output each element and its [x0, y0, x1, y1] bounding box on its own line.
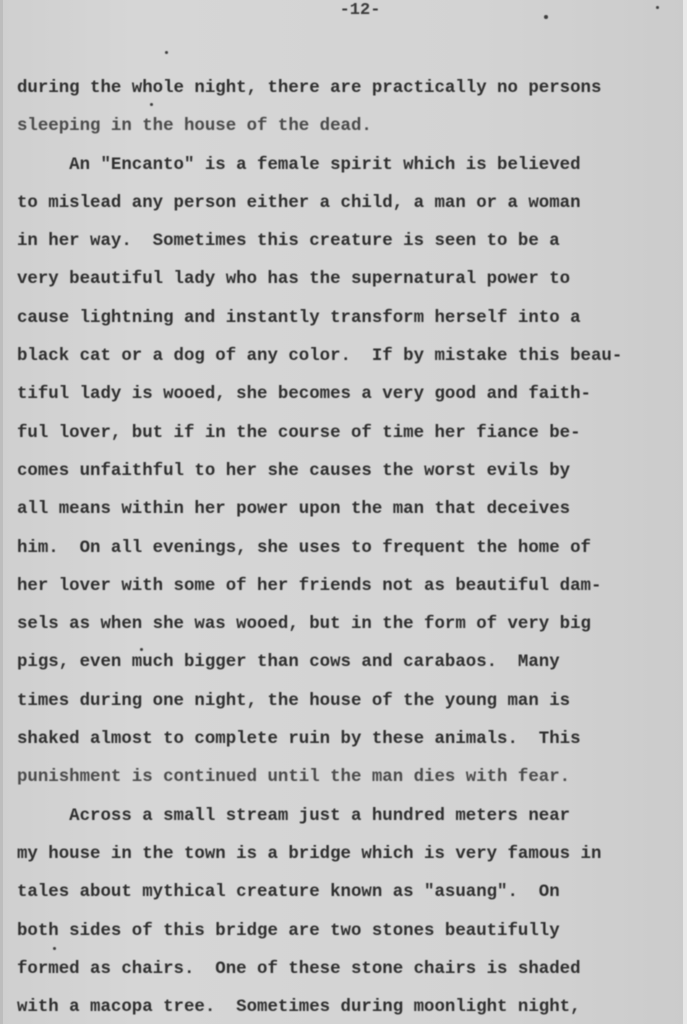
scan-speck: [544, 15, 548, 19]
page-number: -12-: [0, 1, 687, 20]
text-line: all means within her power upon the man …: [17, 491, 622, 529]
text-line: cause lightning and instantly transform …: [17, 300, 622, 338]
text-line: comes unfaithful to her she causes the w…: [17, 453, 622, 491]
text-line: shaked almost to complete ruin by these …: [17, 721, 622, 759]
text-line: black cat or a dog of any color. If by m…: [17, 338, 622, 376]
scan-speck: [140, 648, 143, 651]
text-line: her lover with some of her friends not a…: [17, 568, 622, 606]
text-line: punishment is continued until the man di…: [17, 759, 622, 797]
text-line: sels as when she was wooed, but in the f…: [17, 606, 622, 644]
scan-edge-right: [683, 0, 687, 1024]
text-line: both sides of this bridge are two stones…: [17, 913, 622, 951]
text-line: ful lover, but if in the course of time …: [17, 415, 622, 453]
text-line: very beautiful lady who has the supernat…: [17, 261, 622, 299]
text-line: times during one night, the house of the…: [17, 683, 622, 721]
scan-edge-left: [0, 0, 3, 1024]
scan-speck: [150, 103, 153, 106]
text-line: during the whole night, there are practi…: [17, 70, 622, 108]
text-line: him. On all evenings, she uses to freque…: [17, 530, 622, 568]
text-line: tales about mythical creature known as "…: [17, 874, 622, 912]
text-line: in her way. Sometimes this creature is s…: [17, 223, 622, 261]
scan-speck: [656, 6, 659, 9]
text-line: formed as chairs. One of these stone cha…: [17, 951, 622, 989]
scan-speck: [53, 947, 56, 950]
document-page: -12- during the whole night, there are p…: [0, 0, 687, 1024]
text-line: to mislead any person either a child, a …: [17, 185, 622, 223]
text-line: with a macopa tree. Sometimes during moo…: [17, 989, 622, 1024]
paragraph-start-line: An "Encanto" is a female spirit which is…: [17, 147, 622, 185]
text-line: pigs, even much bigger than cows and car…: [17, 644, 622, 682]
scan-speck: [165, 51, 168, 54]
text-line: tiful lady is wooed, she becomes a very …: [17, 376, 622, 414]
text-line: sleeping in the house of the dead.: [17, 108, 622, 146]
typewritten-body: during the whole night, there are practi…: [17, 70, 622, 1024]
text-line: my house in the town is a bridge which i…: [17, 836, 622, 874]
paragraph-start-line: Across a small stream just a hundred met…: [17, 798, 622, 836]
